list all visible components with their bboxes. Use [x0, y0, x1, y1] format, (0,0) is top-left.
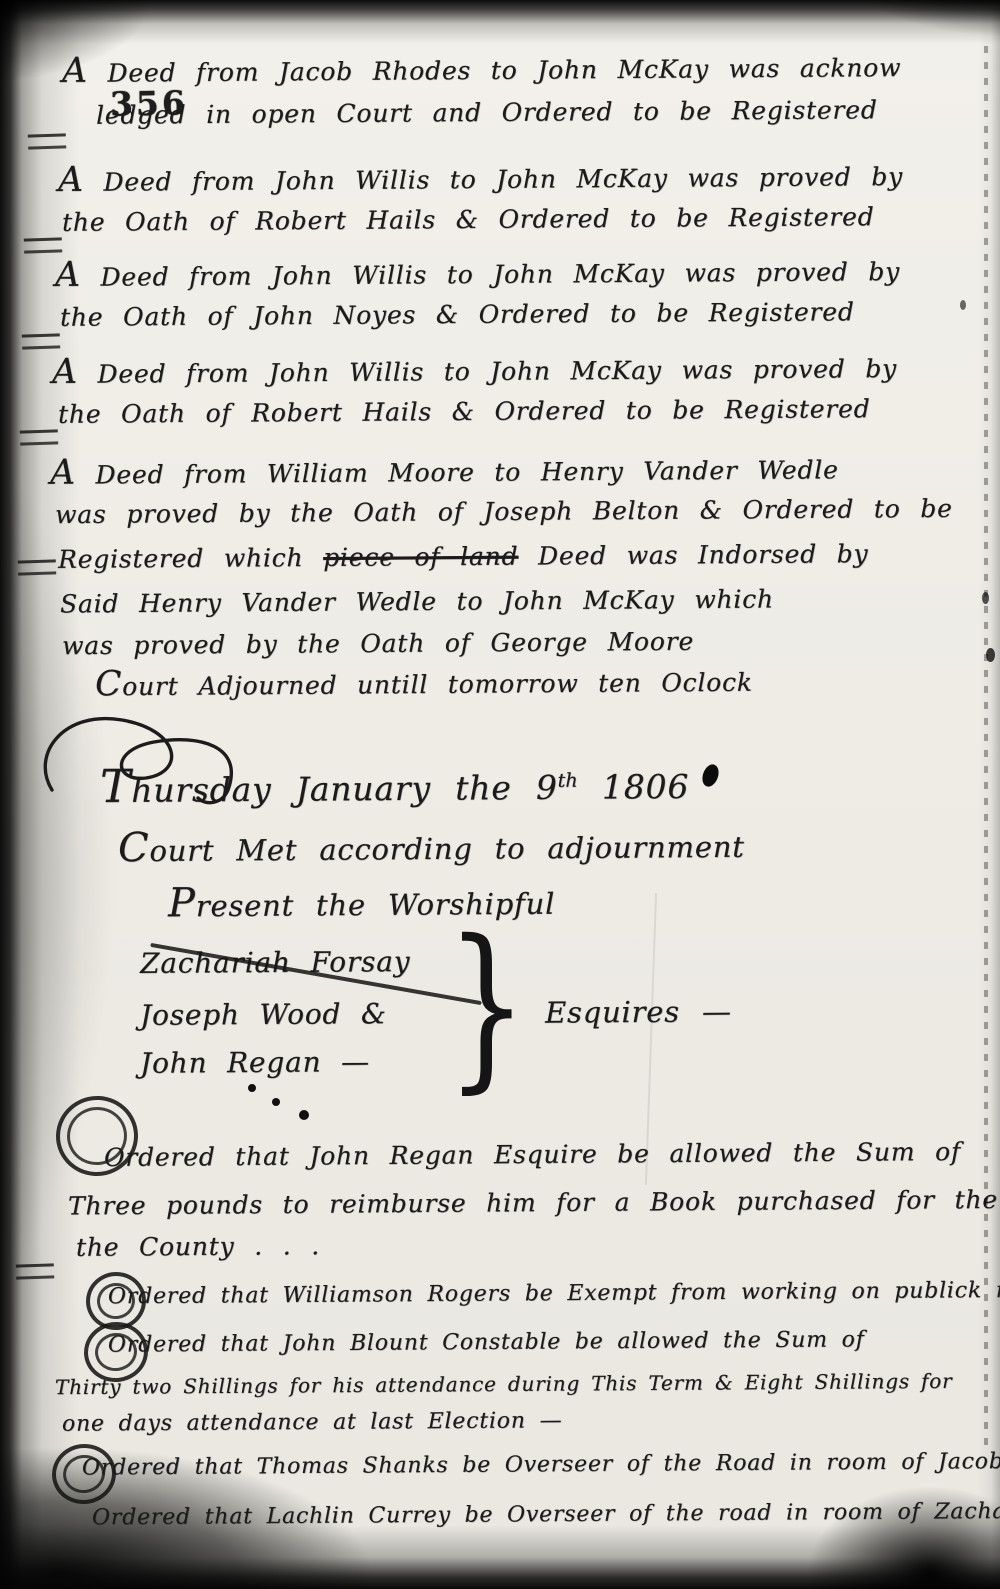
- record-line-segment: Deed was Indorsed by: [518, 539, 868, 570]
- record-line: A Deed from William Moore to Henry Vande…: [50, 447, 839, 494]
- order-line: Ordered that Thomas Shanks be Overseer o…: [82, 1448, 1000, 1481]
- margin-mark: [24, 237, 63, 253]
- order-line: Ordered that Lachlin Currey be Overseer …: [92, 1499, 1000, 1532]
- justice-name: Joseph Wood &: [140, 997, 387, 1032]
- record-line: A Deed from John Willis to John McKay wa…: [55, 249, 900, 296]
- order-line: Ordered that John Blount Constable be al…: [108, 1327, 865, 1359]
- record-line: the Oath of Robert Hails & Ordered to be…: [58, 394, 871, 430]
- order-line: Three pounds to reimburse him for a Book…: [68, 1185, 1000, 1222]
- order-line: Thirty two Shillings for his attendance …: [55, 1369, 953, 1399]
- session-date-ordinal: th: [558, 769, 578, 792]
- record-line-segment: Registered which: [58, 543, 323, 574]
- session-date-year: 1806: [578, 767, 690, 807]
- esquires-label: Esquires —: [545, 994, 732, 1030]
- struck-text: piece of land: [323, 542, 518, 572]
- order-line: Ordered that Williamson Rogers be Exempt…: [108, 1278, 1000, 1311]
- margin-mark: [20, 429, 59, 445]
- margin-mark: [16, 1263, 55, 1279]
- ink-speck: [982, 592, 989, 604]
- ink-speck: [960, 300, 966, 310]
- court-met-line: Court Met according to adjournment: [118, 820, 745, 872]
- ink-speck: [986, 648, 995, 662]
- record-line: was proved by the Oath of George Moore: [62, 627, 694, 661]
- record-line: ledged in open Court and Ordered to be R…: [96, 95, 878, 130]
- ink-dots: [248, 1084, 256, 1092]
- order-line: one days attendance at last Election —: [62, 1408, 563, 1438]
- scanned-court-minutes-page: 356 A Deed from Jacob Rhodes to John McK…: [0, 0, 1000, 1589]
- order-line: the County . . .: [76, 1231, 320, 1263]
- record-line: was proved by the Oath of Joseph Belton …: [55, 494, 953, 530]
- margin-mark: [18, 559, 57, 575]
- record-line: the Oath of Robert Hails & Ordered to be…: [62, 202, 875, 238]
- record-line: Said Henry Vander Wedle to John McKay wh…: [60, 585, 774, 620]
- session-date-text: Thursday January the 9: [100, 768, 558, 810]
- record-line: A Deed from John Willis to John McKay wa…: [58, 154, 903, 201]
- record-line: Registered which piece of land Deed was …: [58, 539, 869, 575]
- margin-mark: [28, 133, 67, 149]
- margin-mark: [22, 333, 61, 349]
- record-line: the Oath of John Noyes & Ordered to be R…: [60, 297, 855, 333]
- record-line: A Deed from John Willis to John McKay wa…: [52, 346, 897, 393]
- session-date-heading: Thursday January the 9th 1806: [100, 756, 690, 815]
- order-line: Ordered that John Regan Esquire be allow…: [104, 1137, 961, 1173]
- ink-blot: [700, 762, 722, 789]
- justice-name: John Regan —: [140, 1045, 370, 1080]
- record-line: A Deed from Jacob Rhodes to John McKay w…: [62, 45, 902, 92]
- scan-edge-line: [984, 46, 988, 1446]
- brace-glyph: }: [446, 908, 528, 1104]
